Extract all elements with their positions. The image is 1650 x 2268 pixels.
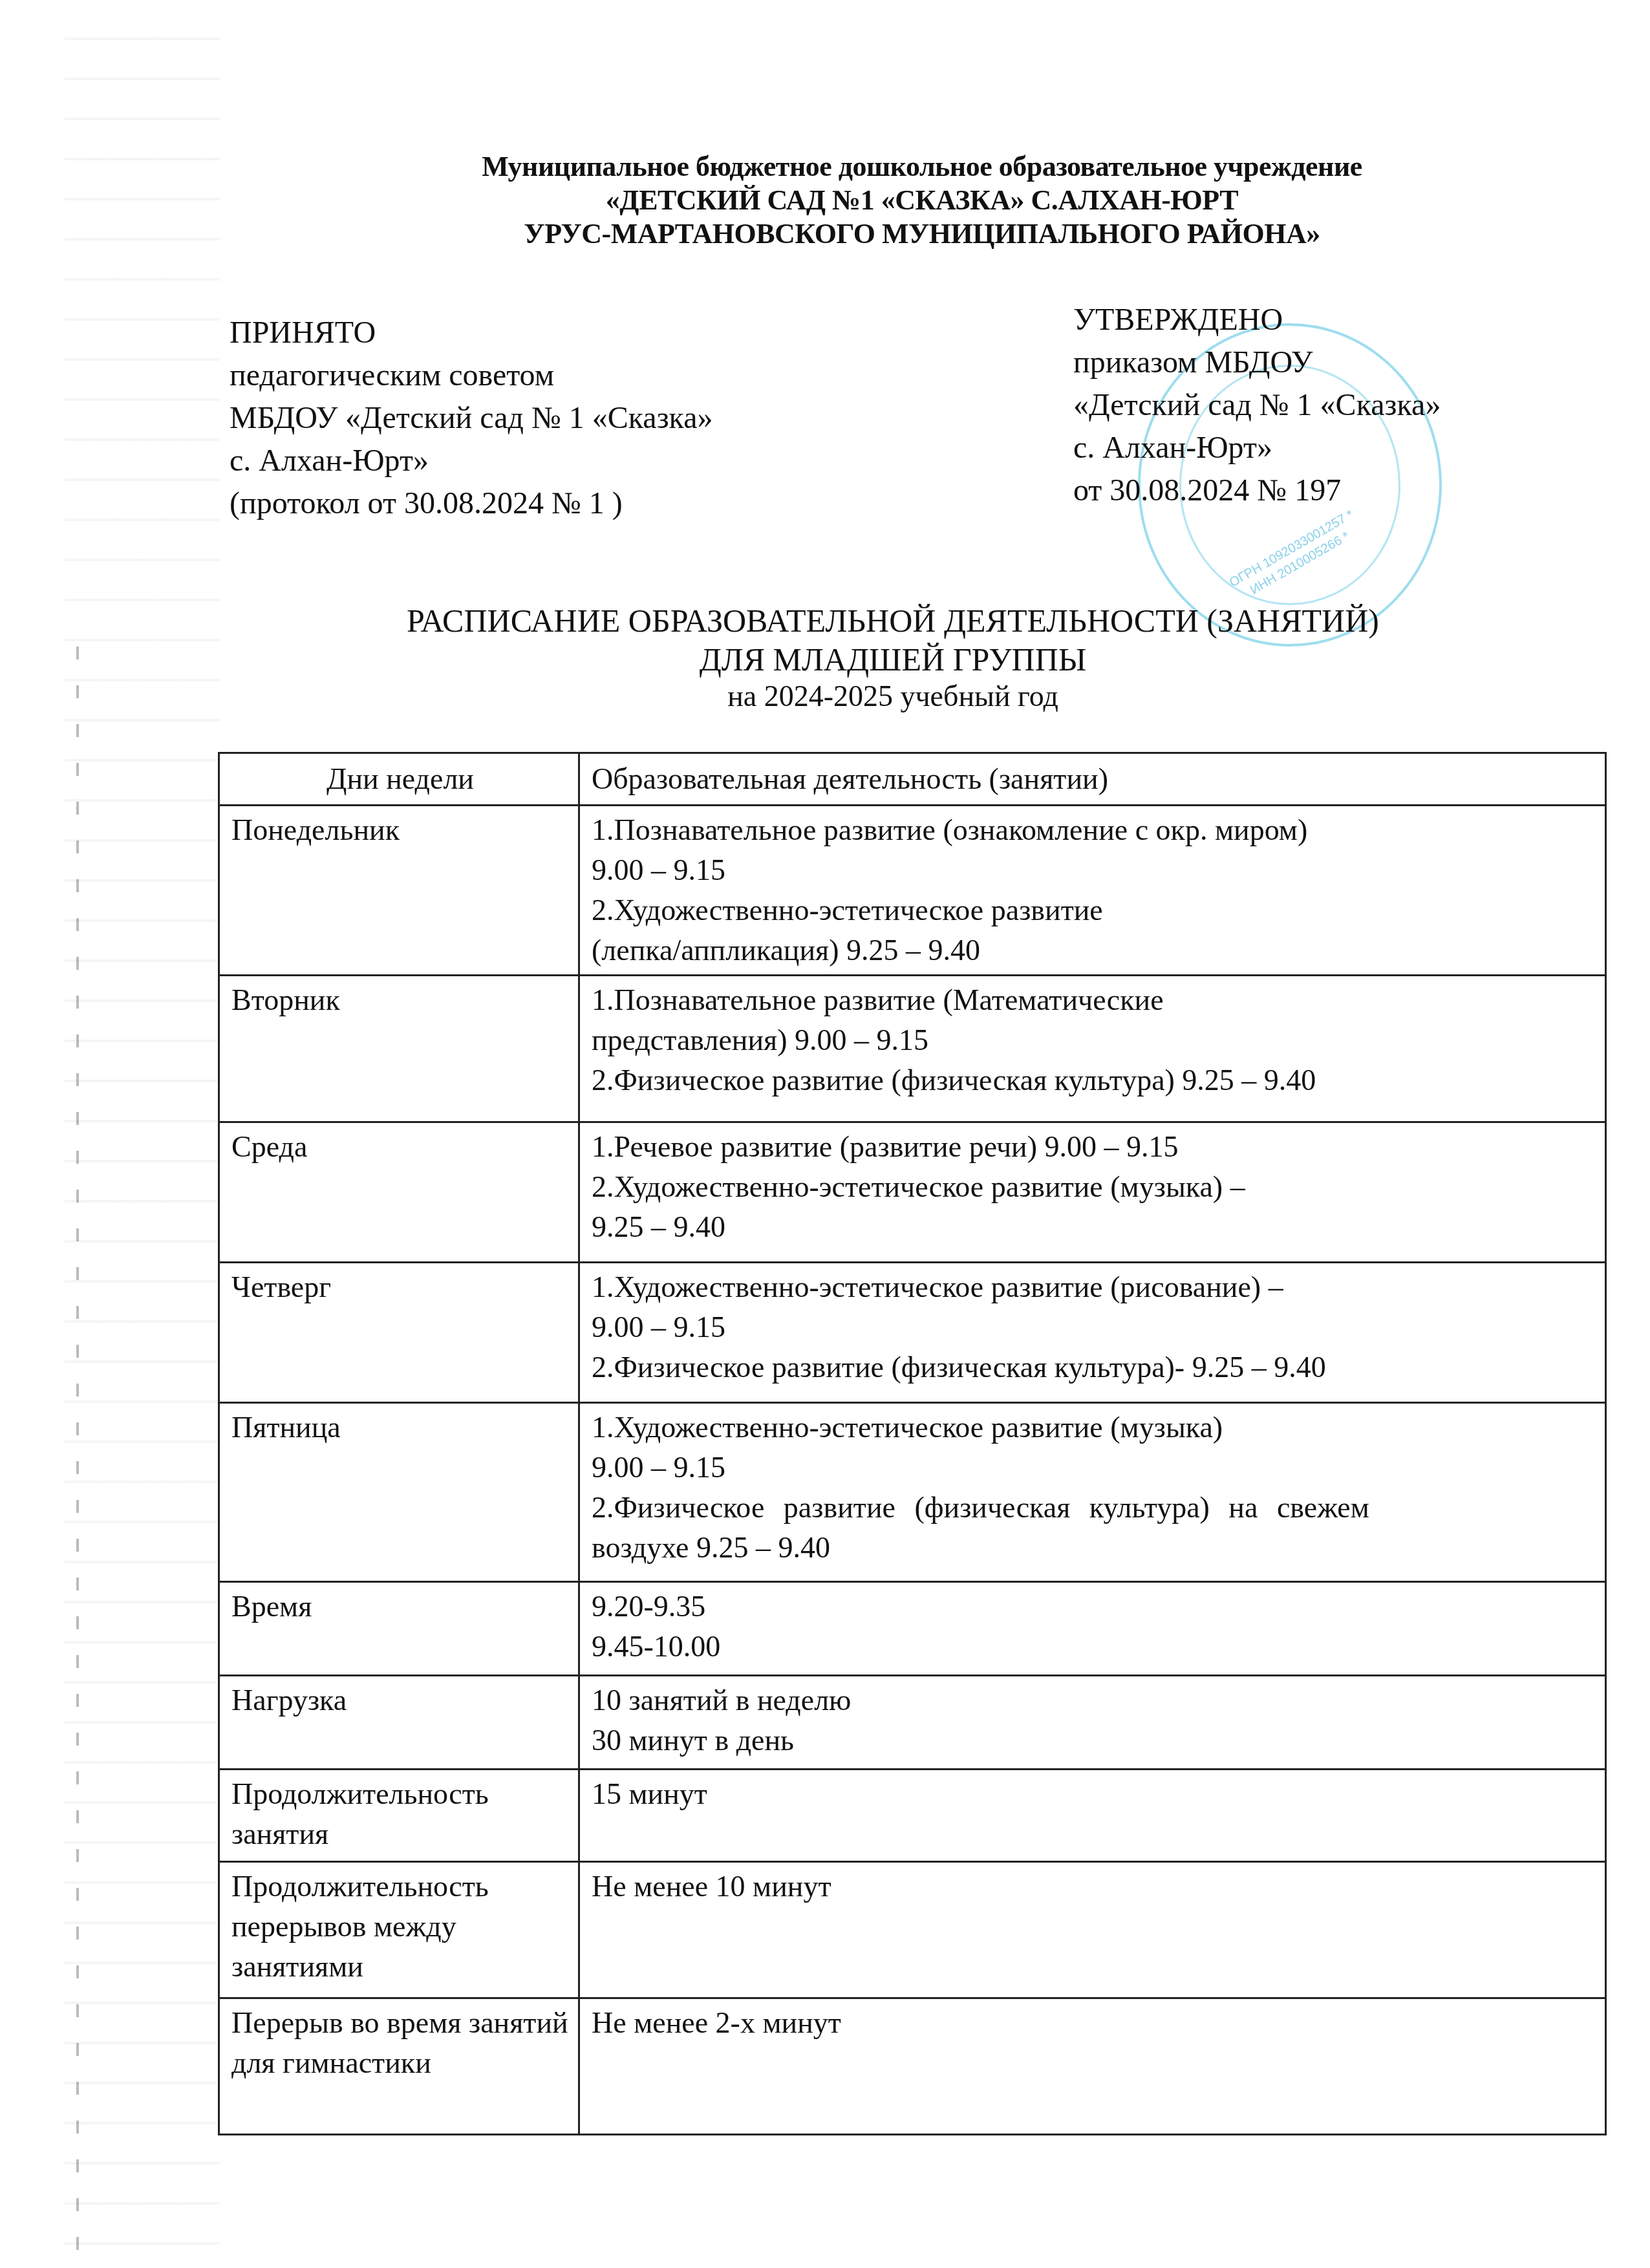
day-cell: Вторник bbox=[219, 976, 579, 1122]
stamp-text: ОГРН 1092033001257 * ИНН 2010005266 * bbox=[1220, 502, 1371, 609]
value-cell: Не менее 10 минут bbox=[579, 1862, 1606, 1998]
institution-header: Муниципальное бюджетное дошкольное образ… bbox=[0, 150, 1650, 251]
table-row: Перерыв во время занятий для гимнастики … bbox=[219, 1998, 1606, 2135]
value-cell: Не менее 2-х минут bbox=[579, 1998, 1606, 2135]
label-cell: Нагрузка bbox=[219, 1676, 579, 1770]
approved-line: «Детский сад № 1 «Сказка» bbox=[1073, 384, 1441, 427]
table-row: Пятница 1.Художественно-эстетическое раз… bbox=[219, 1403, 1606, 1582]
day-cell: Понедельник bbox=[219, 806, 579, 976]
accepted-title: ПРИНЯТО bbox=[230, 312, 713, 354]
document-title: РАСПИСАНИЕ ОБРАЗОВАТЕЛЬНОЙ ДЕЯТЕЛЬНОСТИ … bbox=[0, 601, 1650, 714]
approved-line: с. Алхан-Юрт» bbox=[1073, 427, 1441, 469]
table-row: Время 9.20-9.35 9.45-10.00 bbox=[219, 1582, 1606, 1676]
activity-cell: 1.Художественно-эстетическое развитие (м… bbox=[579, 1403, 1606, 1582]
activity-cell: 1.Познавательное развитие (ознакомление … bbox=[579, 806, 1606, 976]
activity-cell: 1.Познавательное развитие (Математически… bbox=[579, 976, 1606, 1122]
accepted-block: ПРИНЯТО педагогическим советом МБДОУ «Де… bbox=[230, 312, 713, 525]
table-row: Нагрузка 10 занятий в неделю 30 минут в … bbox=[219, 1676, 1606, 1770]
accepted-line: МБДОУ «Детский сад № 1 «Сказка» bbox=[230, 397, 713, 440]
day-cell: Пятница bbox=[219, 1403, 579, 1582]
column-header-days: Дни недели bbox=[219, 753, 579, 806]
activity-cell: 1.Художественно-эстетическое развитие (р… bbox=[579, 1263, 1606, 1403]
label-cell: Время bbox=[219, 1582, 579, 1676]
day-cell: Среда bbox=[219, 1122, 579, 1263]
value-cell: 10 занятий в неделю 30 минут в день bbox=[579, 1676, 1606, 1770]
institution-type: Муниципальное бюджетное дошкольное образ… bbox=[0, 150, 1650, 184]
table-row: Среда 1.Речевое развитие (развитие речи)… bbox=[219, 1122, 1606, 1263]
value-cell: 9.20-9.35 9.45-10.00 bbox=[579, 1582, 1606, 1676]
day-cell: Четверг bbox=[219, 1263, 579, 1403]
value-cell: 15 минут bbox=[579, 1770, 1606, 1862]
accepted-line: (протокол от 30.08.2024 № 1 ) bbox=[230, 482, 713, 525]
table-row: Продолжительность перерывов между заняти… bbox=[219, 1862, 1606, 1998]
label-cell: Перерыв во время занятий для гимнастики bbox=[219, 1998, 579, 2135]
accepted-line: педагогическим советом bbox=[230, 354, 713, 397]
approved-line: приказом МБДОУ bbox=[1073, 341, 1441, 384]
title-line-2: ДЛЯ МЛАДШЕЙ ГРУППЫ bbox=[0, 640, 1650, 679]
institution-name: «ДЕТСКИЙ САД №1 «СКАЗКА» С.АЛХАН-ЮРТ bbox=[0, 184, 1650, 217]
approved-block: УТВЕРЖДЕНО приказом МБДОУ «Детский сад №… bbox=[1073, 299, 1441, 512]
approved-line: от 30.08.2024 № 197 bbox=[1073, 469, 1441, 512]
label-cell: Продолжительность перерывов между заняти… bbox=[219, 1862, 579, 1998]
activity-cell: 1.Речевое развитие (развитие речи) 9.00 … bbox=[579, 1122, 1606, 1263]
table-row: Вторник 1.Познавательное развитие (Матем… bbox=[219, 976, 1606, 1122]
column-header-activity: Образовательная деятельность (занятии) bbox=[579, 753, 1606, 806]
schedule-table: Дни недели Образовательная деятельность … bbox=[218, 752, 1607, 2135]
title-line-3: на 2024-2025 учебный год bbox=[0, 679, 1650, 714]
scan-noise bbox=[65, 0, 220, 2268]
label-cell: Продолжительность занятия bbox=[219, 1770, 579, 1862]
table-header-row: Дни недели Образовательная деятельность … bbox=[219, 753, 1606, 806]
table-row: Продолжительность занятия 15 минут bbox=[219, 1770, 1606, 1862]
accepted-line: с. Алхан-Юрт» bbox=[230, 440, 713, 482]
table-row: Понедельник 1.Познавательное развитие (о… bbox=[219, 806, 1606, 976]
title-line-1: РАСПИСАНИЕ ОБРАЗОВАТЕЛЬНОЙ ДЕЯТЕЛЬНОСТИ … bbox=[0, 601, 1650, 640]
institution-district: УРУС-МАРТАНОВСКОГО МУНИЦИПАЛЬНОГО РАЙОНА… bbox=[0, 217, 1650, 251]
table-row: Четверг 1.Художественно-эстетическое раз… bbox=[219, 1263, 1606, 1403]
approved-title: УТВЕРЖДЕНО bbox=[1073, 299, 1441, 341]
scan-edge bbox=[76, 647, 79, 2263]
